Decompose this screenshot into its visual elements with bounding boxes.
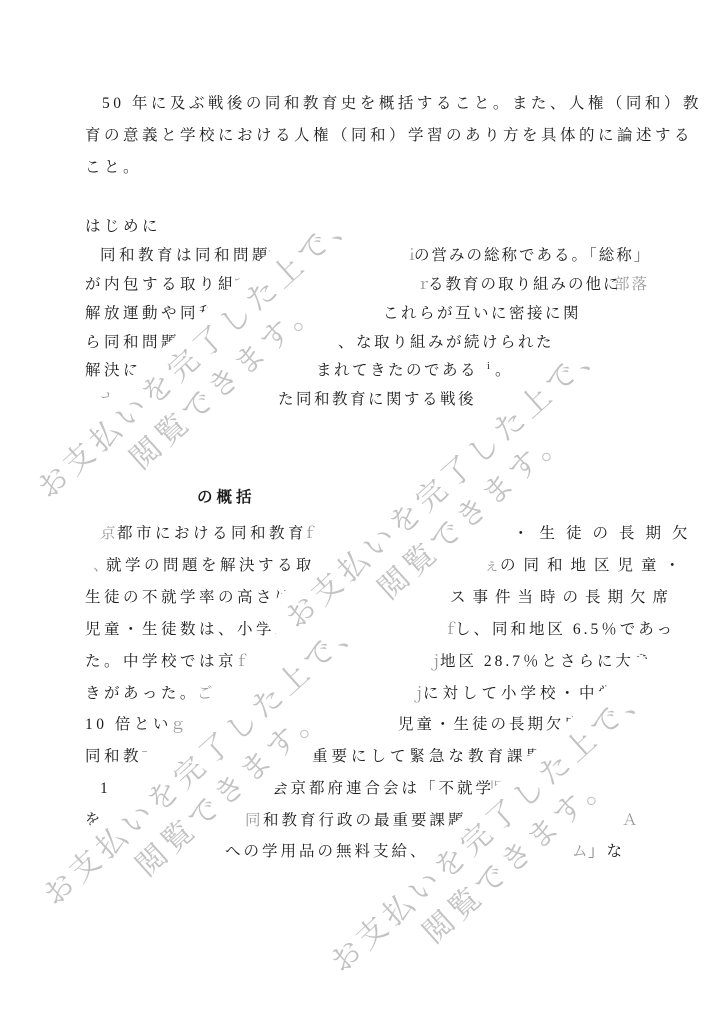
text-line: 児童・生徒数は、小学ｋｆし、同和地区 6.5％であっ	[0, 621, 724, 643]
text-line: 育の意義と学校における人権（同和）学習のあり方を具体的に論述する	[0, 127, 724, 149]
text-line: 1会京都府連合会は「不就学児	[0, 780, 724, 802]
text-segment: ｆ	[302, 525, 318, 543]
text-segment: ｽ	[234, 276, 242, 294]
text-segment: 同和教育は同和問題	[100, 247, 271, 265]
text-segment: ム	[572, 843, 588, 861]
text-segment: 50 年に及ぶ戦後の同和教育史を概括すること。また、人権（同和）教	[102, 95, 702, 113]
text-segment: 就学の問題を解決する取	[106, 557, 315, 575]
footnote-marker: i	[487, 358, 490, 376]
text-segment: 解決に	[85, 362, 142, 380]
text-segment: 部落	[614, 276, 649, 294]
text-segment: 10 倍とい	[85, 716, 172, 734]
text-segment: Ａ	[622, 812, 638, 830]
text-segment: 児童・生徒の長期欠席・不就	[398, 716, 639, 734]
text-segment: ら同和問題	[85, 334, 180, 352]
text-segment: 会京都府連合会は「不就学	[272, 780, 494, 798]
text-segment: まれてきたのである	[316, 362, 478, 380]
text-segment: はじめに	[85, 218, 161, 236]
text-segment: ナ	[100, 391, 116, 409]
text-segment: 解放運動や同和	[85, 305, 218, 323]
text-segment: が内包する取り組	[85, 276, 237, 294]
text-segment: 育の意義と学校における人権（同和）学習のあり方を具体的に論述する	[85, 127, 693, 145]
text-segment: ご	[197, 685, 213, 703]
text-segment: 」な	[588, 843, 625, 861]
text-segment: 地区 28.7％とさらに大き	[440, 653, 653, 671]
text-segment: の概括	[197, 489, 256, 507]
text-segment: 重要にして緊急な教育課題	[312, 748, 546, 766]
text-segment: の営みの総称である。「総称」	[414, 247, 651, 265]
text-segment: に対して小学校・中学校	[423, 685, 638, 703]
text-line: 生徒の不就学率の高さは特ス事件当時の長期欠席	[0, 589, 724, 611]
text-segment: 都市における同和教育	[117, 525, 307, 543]
text-line: 京都市における同和教育ｆ・生徒の長期欠	[0, 525, 724, 547]
text-line: 同和教ˉ重要にして緊急な教育課題ˉ	[0, 748, 724, 770]
text-segment: 和教育行政の最重要課題	[263, 812, 467, 830]
text-segment: 生徒の不就学率の高さは特	[85, 589, 313, 607]
text-line: 、就学の問題を解決する取ぇの同和地区児童・	[0, 557, 724, 579]
text-segment: 1	[100, 780, 111, 798]
text-segment: ぇ	[484, 557, 500, 575]
text-segment: た。中学校では京	[85, 653, 237, 671]
scanned-document-page: 50 年に及ぶ戦後の同和教育史を概括すること。また、人権（同和）教育の意義と学校…	[0, 0, 724, 1024]
text-segment: ス事件当時の長期欠席	[450, 589, 675, 607]
text-line: ら同和問題、な取り組みが続けられた	[0, 334, 724, 356]
text-segment: ｿ	[268, 247, 276, 265]
text-segment: ｆ	[234, 653, 250, 671]
text-segment: 家	[85, 843, 104, 861]
text-segment: の同和地区児童・	[500, 557, 688, 575]
text-segment: ˉ	[544, 748, 549, 766]
text-segment: ｇ	[170, 716, 186, 734]
text-segment: 京	[100, 525, 116, 543]
text-line: を同和教育行政の最重要課題Ａ	[0, 812, 724, 834]
text-segment: への学用品の無料支給、無	[225, 843, 447, 861]
text-line: ナた同和教育に関する戦後	[0, 391, 724, 413]
text-segment: ｋ	[632, 685, 648, 703]
text-segment: 同	[245, 812, 261, 830]
text-segment: 児童・生徒数は、小学	[85, 621, 275, 639]
text-segment: ｷ	[640, 653, 648, 671]
text-line: 同和教育は同和問題ｿｉの営みの総称である。「総称」	[0, 247, 724, 269]
text-segment: る教育の取り組みの他に	[428, 276, 621, 294]
text-line: 10 倍といｇ児童・生徒の長期欠席・不就	[0, 716, 724, 738]
text-segment: こと。	[85, 159, 142, 177]
text-segment: 同和教	[85, 748, 142, 766]
text-line: はじめに	[0, 218, 724, 240]
text-line: た。中学校では京ｆｊ地区 28.7％とさらに大きｷ	[0, 653, 724, 675]
text-segment: きがあった。	[85, 685, 199, 703]
text-segment: ʼ	[142, 362, 147, 380]
text-segment: ・生徒の長期欠	[513, 525, 699, 543]
text-segment: 。	[495, 362, 511, 380]
text-segment: ˉ	[142, 748, 147, 766]
text-segment: を	[85, 812, 104, 830]
text-line: 50 年に及ぶ戦後の同和教育史を概括すること。また、人権（同和）教	[0, 95, 724, 117]
text-segment: 、な取り組みが続けられた	[338, 334, 554, 352]
text-segment: ｋ	[272, 621, 288, 639]
text-line: 解放運動や同和これらが互いに密接に関	[0, 305, 724, 327]
document-text-layer: 50 年に及ぶ戦後の同和教育史を概括すること。また、人権（同和）教育の意義と学校…	[0, 0, 724, 1024]
text-line: の概括	[0, 489, 724, 511]
text-segment: た同和教育に関する戦後	[278, 391, 476, 409]
text-line: 家への学用品の無料支給、無ム」な	[0, 843, 724, 865]
text-line: きがあった。ごｊに対して小学校・中学校ｋ	[0, 685, 724, 707]
text-segment: し、同和地区 6.5％であっ	[455, 621, 675, 639]
text-line: 解決にʼまれてきたのであるi。	[0, 362, 724, 384]
text-line: が内包する取り組ｽｒる教育の取り組みの他に部落	[0, 276, 724, 298]
text-segment: これらが互いに密接に関	[383, 305, 581, 323]
text-line: こと。	[0, 159, 724, 181]
text-segment: 児	[489, 780, 505, 798]
